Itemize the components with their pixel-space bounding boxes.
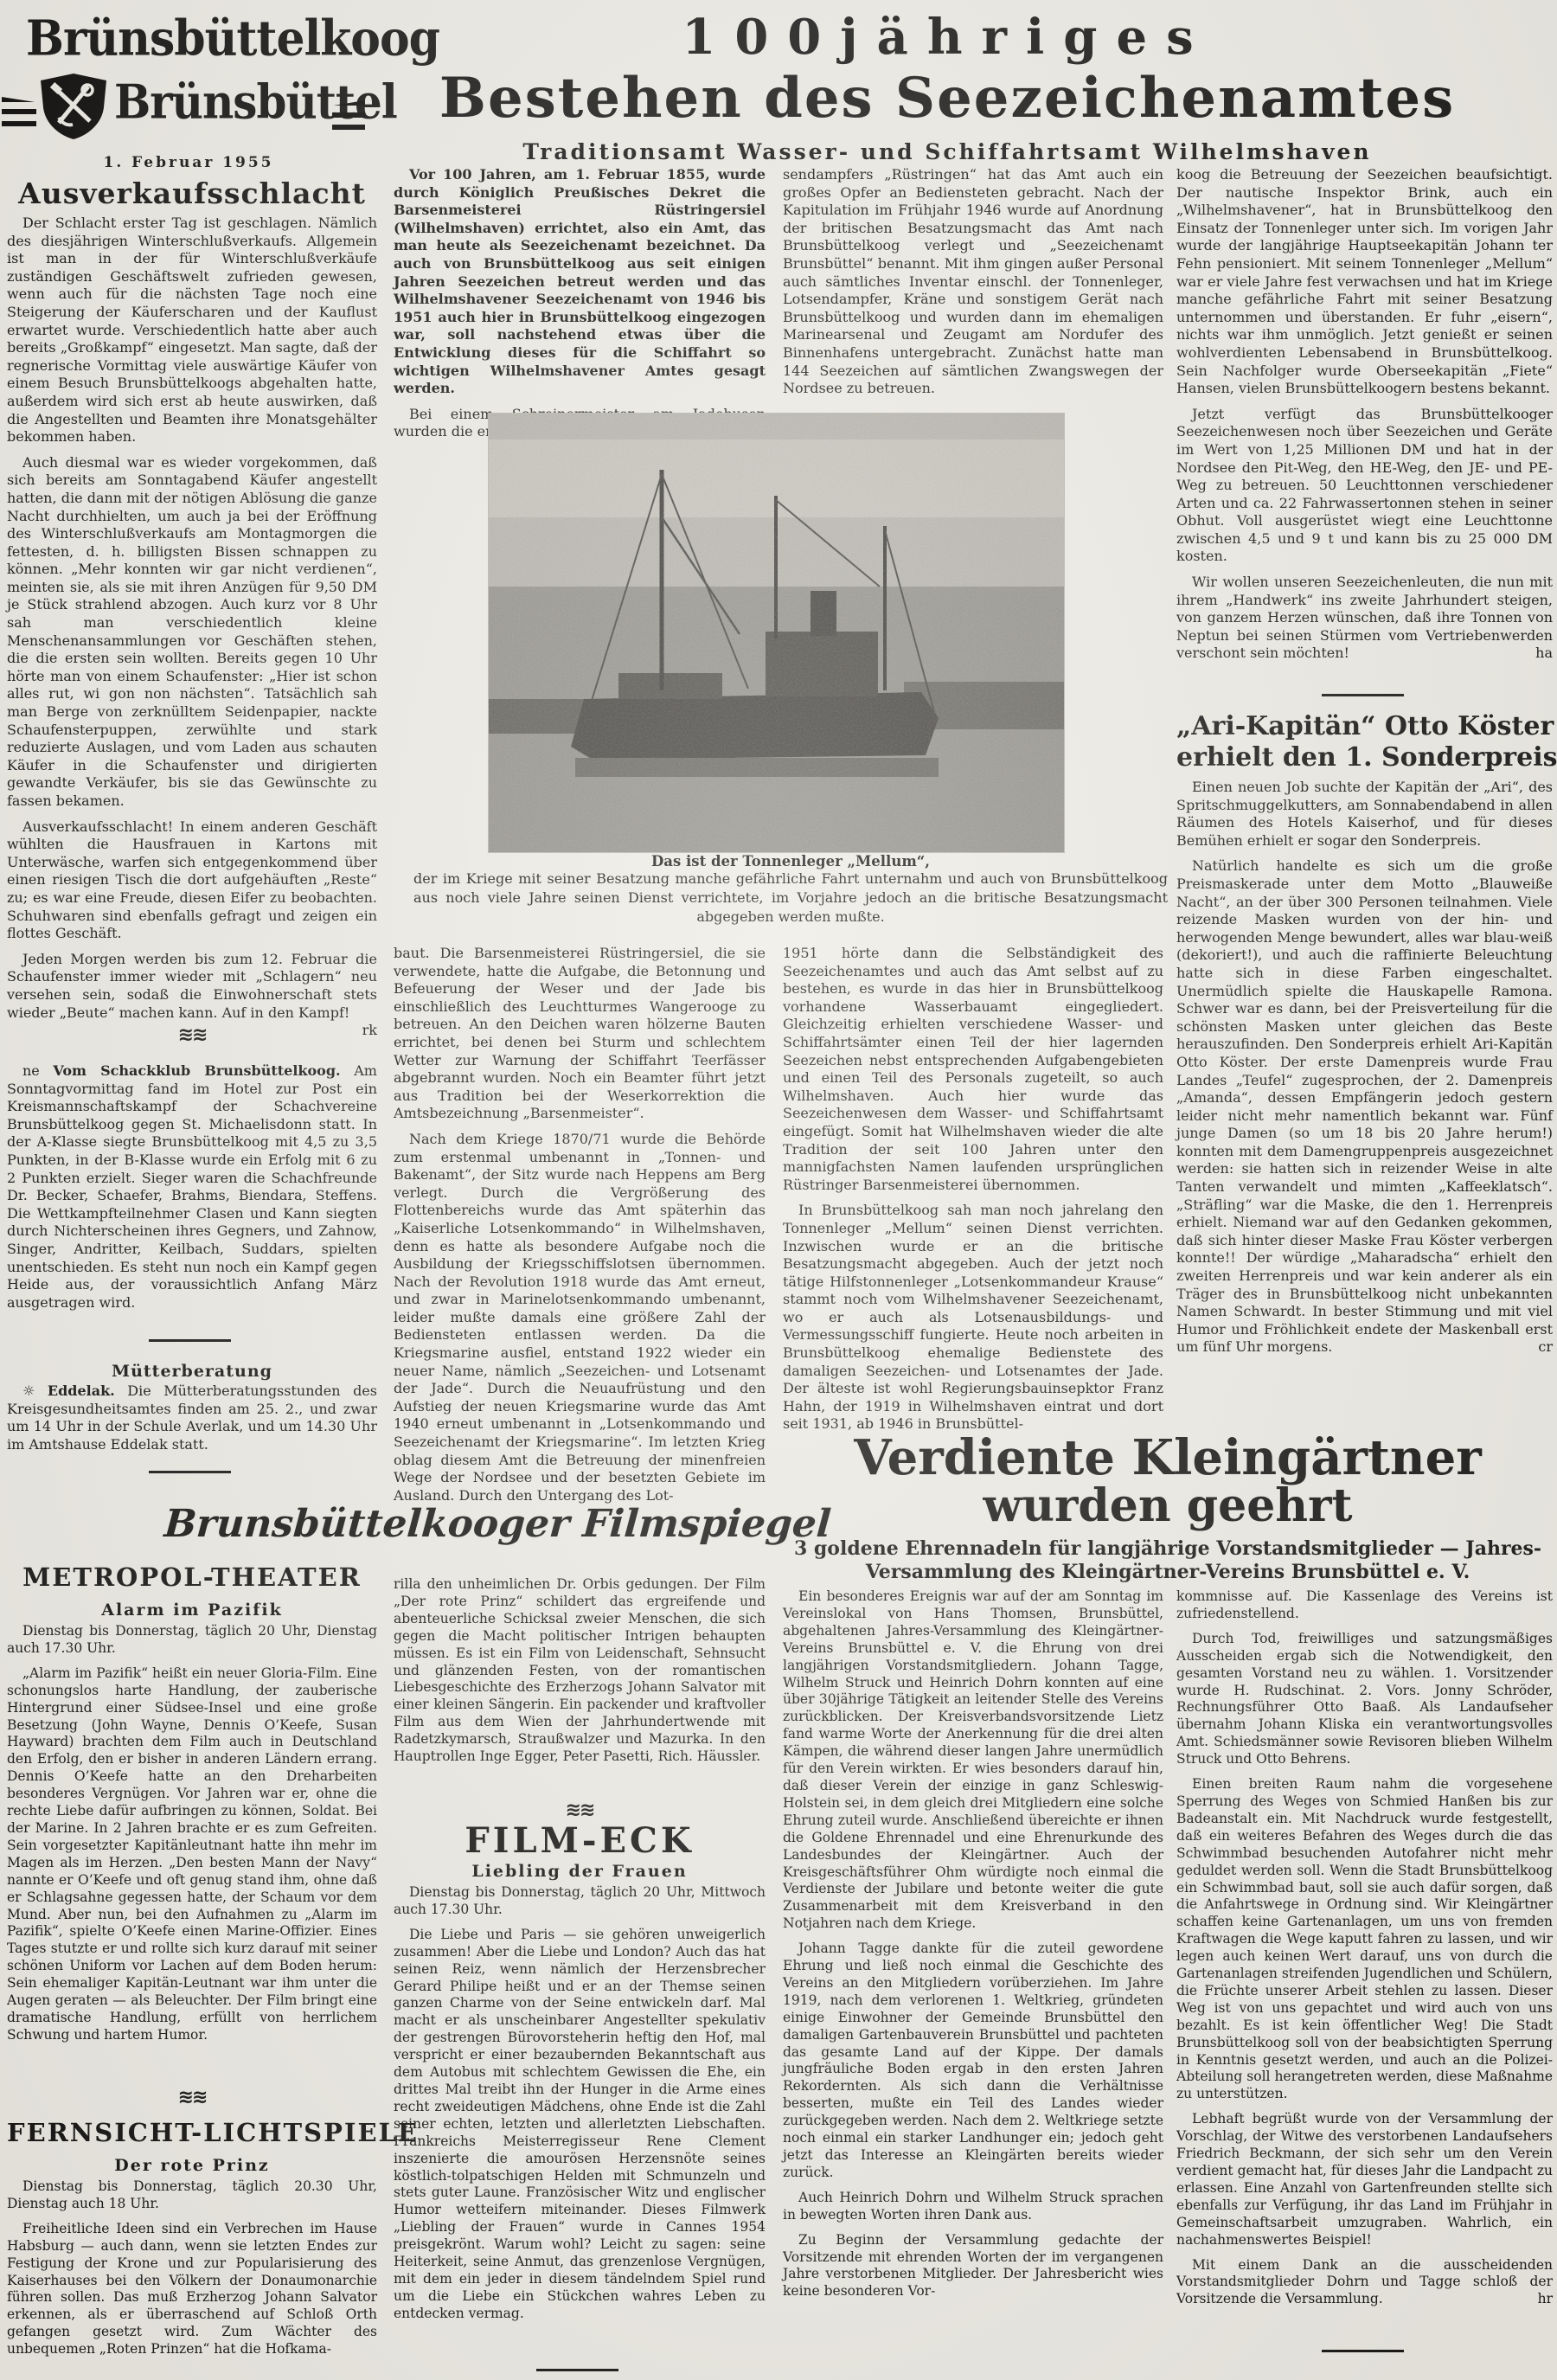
- masthead-flourish-right: [332, 100, 365, 137]
- paragraph: Die Liebe und Paris — sie gehören unweig…: [394, 1927, 766, 2323]
- paragraph: Einen breiten Raum nahm die vorgesehene …: [1176, 1776, 1553, 2103]
- paragraph: Jeden Morgen werden bis zum 12. Februar …: [7, 951, 377, 1022]
- paragraph: Auch Heinrich Dohrn und Wilhelm Struck s…: [783, 2190, 1163, 2224]
- klein-subhead: 3 goldene Ehrennadeln für langjährige Vo…: [783, 1537, 1553, 1584]
- article-title-kleingaertner: Verdiente Kleingärtner wurden geehrt 3 g…: [783, 1429, 1553, 1584]
- klein-title-line1: Verdiente Kleingärtner: [783, 1429, 1553, 1486]
- masthead-title-line1: Brünsbüttelkoog: [26, 10, 389, 67]
- schedule: Dienstag bis Donnerstag, täglich 20.30 U…: [7, 2178, 377, 2213]
- cinema-title-metropol: METROPOL-THEATER: [7, 1562, 377, 1592]
- paragraph: Ausverkaufsschlacht! In einem anderen Ge…: [7, 818, 377, 943]
- paragraph: Einen neuen Job suchte der Kapitän der „…: [1176, 779, 1553, 850]
- photo-caption-body: der im Kriege mit seiner Besatzung manch…: [413, 869, 1168, 927]
- divider-rule: [1322, 694, 1404, 696]
- notice-muetterberatung: ☼ Eddelak. Die Mütterberatungsstunden de…: [7, 1382, 377, 1461]
- main-headline-subhead: Traditionsamt Wasser- und Schiffahrtsamt…: [394, 139, 1501, 164]
- paragraph: Ein besonderes Ereignis war auf der am S…: [783, 1588, 1163, 1933]
- section-divider-squiggle: ≋≋: [394, 1805, 766, 1817]
- review-fernsicht: Dienstag bis Donnerstag, täglich 20.30 U…: [7, 2178, 377, 2366]
- paragraph: Natürlich handelte es sich um die große …: [1176, 857, 1553, 1357]
- article-seezeichenamt-col2-top: Vor 100 Jahren, am 1. Februar 1855, wurd…: [394, 166, 766, 449]
- main-headline-line1: 100jähriges: [394, 9, 1501, 66]
- schedule: Dienstag bis Donnerstag, täglich 20 Uhr,…: [7, 1623, 377, 1658]
- author-initials: cr: [1522, 1338, 1553, 1357]
- lead-paragraph: Vor 100 Jahren, am 1. Februar 1855, wurd…: [394, 166, 766, 398]
- newspaper-page: Brünsbüttelkoog Brünsbüttel 1. Februar 1…: [0, 0, 1557, 2380]
- review-metropol: Dienstag bis Donnerstag, täglich 20 Uhr,…: [7, 1623, 377, 2052]
- notice-prefix: ne: [22, 1062, 40, 1079]
- paragraph: Freiheitliche Ideen sind ein Verbrechen …: [7, 2221, 377, 2358]
- paragraph: kommnisse auf. Die Kassenlage des Verein…: [1176, 1588, 1553, 1623]
- paragraph: „Alarm im Pazifik“ heißt ein neuer Glori…: [7, 1665, 377, 2044]
- divider-rule: [1322, 2350, 1404, 2352]
- paragraph: Mit einem Dank an die ausscheidenden Vor…: [1176, 2257, 1553, 2309]
- town-crest-icon: [36, 73, 111, 140]
- article-seezeichenamt-col2-bottom: baut. Die Barsenmeisterei Rüstringersiel…: [394, 945, 766, 1512]
- author-initials: hr: [1522, 2291, 1553, 2308]
- paragraph: Jetzt verfügt das Brunsbüttelkooger Seez…: [1176, 406, 1553, 566]
- paragraph: koog die Betreuung der Seezeichen beaufs…: [1176, 166, 1553, 398]
- paragraph: Auch diesmal war es wieder vorgekommen, …: [7, 454, 377, 811]
- photo-caption: Das ist der Tonnenleger „Mellum“, der im…: [413, 853, 1168, 927]
- cinema-title-fernsicht: FERNSICHT-LICHTSPIELE: [7, 2118, 377, 2147]
- photo-caption-title: Das ist der Tonnenleger „Mellum“,: [413, 853, 1168, 869]
- klein-title-line2: wurden geehrt: [783, 1479, 1553, 1532]
- article-title-ari-kapitaen: „Ari-Kapitän“ Otto Köster erhielt den 1.…: [1176, 711, 1553, 773]
- section-divider-squiggle: ≋≋: [7, 2092, 377, 2104]
- film-title-der-rote-prinz: Der rote Prinz: [7, 2156, 377, 2175]
- paragraph: 1951 hörte dann die Selbständigkeit des …: [783, 945, 1163, 1194]
- article-kleingaertner-col4: kommnisse auf. Die Kassenlage des Verein…: [1176, 1588, 1553, 2316]
- review-fernsicht-continuation: rilla den unheimlichen Dr. Orbis gedunge…: [394, 1576, 766, 1774]
- divider-rule: [149, 1471, 231, 1473]
- ari-title-line1: „Ari-Kapitän“ Otto Köster: [1176, 711, 1553, 742]
- paragraph: sendampfers „Rüstringen“ hat das Amt auc…: [783, 166, 1163, 398]
- notice-schackklub: ne Vom Schackklub Brunsbüttelkoog. Am So…: [7, 1062, 377, 1319]
- section-title-filmspiegel: Brunsbüttelkooger Filmspiegel: [163, 1502, 668, 1546]
- notice-lead: Vom Schackklub Brunsbüttelkoog.: [53, 1062, 340, 1079]
- film-title-liebling-der-frauen: Liebling der Frauen: [394, 1862, 766, 1881]
- paragraph: Zu Beginn der Versammlung gedachte der V…: [783, 2232, 1163, 2301]
- main-headline-line2: Bestehen des Seezeichenamtes: [394, 66, 1501, 131]
- article-seezeichenamt-col4: koog die Betreuung der Seezeichen beaufs…: [1176, 166, 1553, 670]
- article-kleingaertner-col3: Ein besonderes Ereignis war auf der am S…: [783, 1588, 1163, 2308]
- paragraph: ne Vom Schackklub Brunsbüttelkoog. Am So…: [7, 1062, 377, 1312]
- review-film-eck: Dienstag bis Donnerstag, täglich 20 Uhr,…: [394, 1884, 766, 2331]
- film-title-alarm-im-pazifik: Alarm im Pazifik: [7, 1601, 377, 1620]
- paragraph: baut. Die Barsenmeisterei Rüstringersiel…: [394, 945, 766, 1123]
- paragraph: ☼ Eddelak. Die Mütterberatungsstunden de…: [7, 1382, 377, 1453]
- paragraph: Nach dem Kriege 1870/71 wurde die Behörd…: [394, 1131, 766, 1504]
- paragraph: Lebhaft begrüßt wurde von der Versammlun…: [1176, 2111, 1553, 2248]
- article-title-ausverkaufsschlacht: Ausverkaufsschlacht: [7, 176, 377, 210]
- paragraph: Wir wollen unseren Seezeichenleuten, die…: [1176, 574, 1553, 663]
- cinema-title-film-eck: FILM-ECK: [394, 1820, 766, 1861]
- author-initials: ha: [1520, 645, 1553, 663]
- article-ari-kapitaen: Einen neuen Job suchte der Kapitän der „…: [1176, 779, 1553, 1364]
- masthead-flourish-left: [2, 97, 36, 133]
- divider-rule: [536, 2369, 618, 2371]
- paragraph: rilla den unheimlichen Dr. Orbis gedunge…: [394, 1576, 766, 1766]
- article-seezeichenamt-col3-top: sendampfers „Rüstringen“ hat das Amt auc…: [783, 166, 1163, 406]
- star-icon: ☼: [22, 1382, 35, 1399]
- paragraph: Der Schlacht erster Tag ist geschlagen. …: [7, 215, 377, 446]
- article-ausverkaufsschlacht: Der Schlacht erster Tag ist geschlagen. …: [7, 215, 377, 1040]
- place-lead: Eddelak.: [48, 1382, 115, 1399]
- paragraph: In Brunsbüttelkoog sah man noch jahrelan…: [783, 1202, 1163, 1434]
- section-divider-squiggle: ≋≋: [7, 1030, 377, 1042]
- divider-rule: [149, 1339, 231, 1342]
- photo-tonnenleger-mellum: [489, 414, 1064, 852]
- paragraph: Johann Tagge dankte für die zuteil gewor…: [783, 1941, 1163, 2182]
- article-seezeichenamt-col3-bottom: 1951 hörte dann die Selbständigkeit des …: [783, 945, 1163, 1441]
- schedule: Dienstag bis Donnerstag, täglich 20 Uhr,…: [394, 1884, 766, 1919]
- main-headline: 100jähriges Bestehen des Seezeichenamtes…: [394, 9, 1501, 164]
- paragraph: Durch Tod, freiwilliges und satzungsmäßi…: [1176, 1631, 1553, 1768]
- notice-title-muetterberatung: Mütterberatung: [7, 1362, 377, 1381]
- ari-title-line2: erhielt den 1. Sonderpreis: [1176, 742, 1553, 773]
- issue-date: 1. Februar 1955: [7, 154, 370, 171]
